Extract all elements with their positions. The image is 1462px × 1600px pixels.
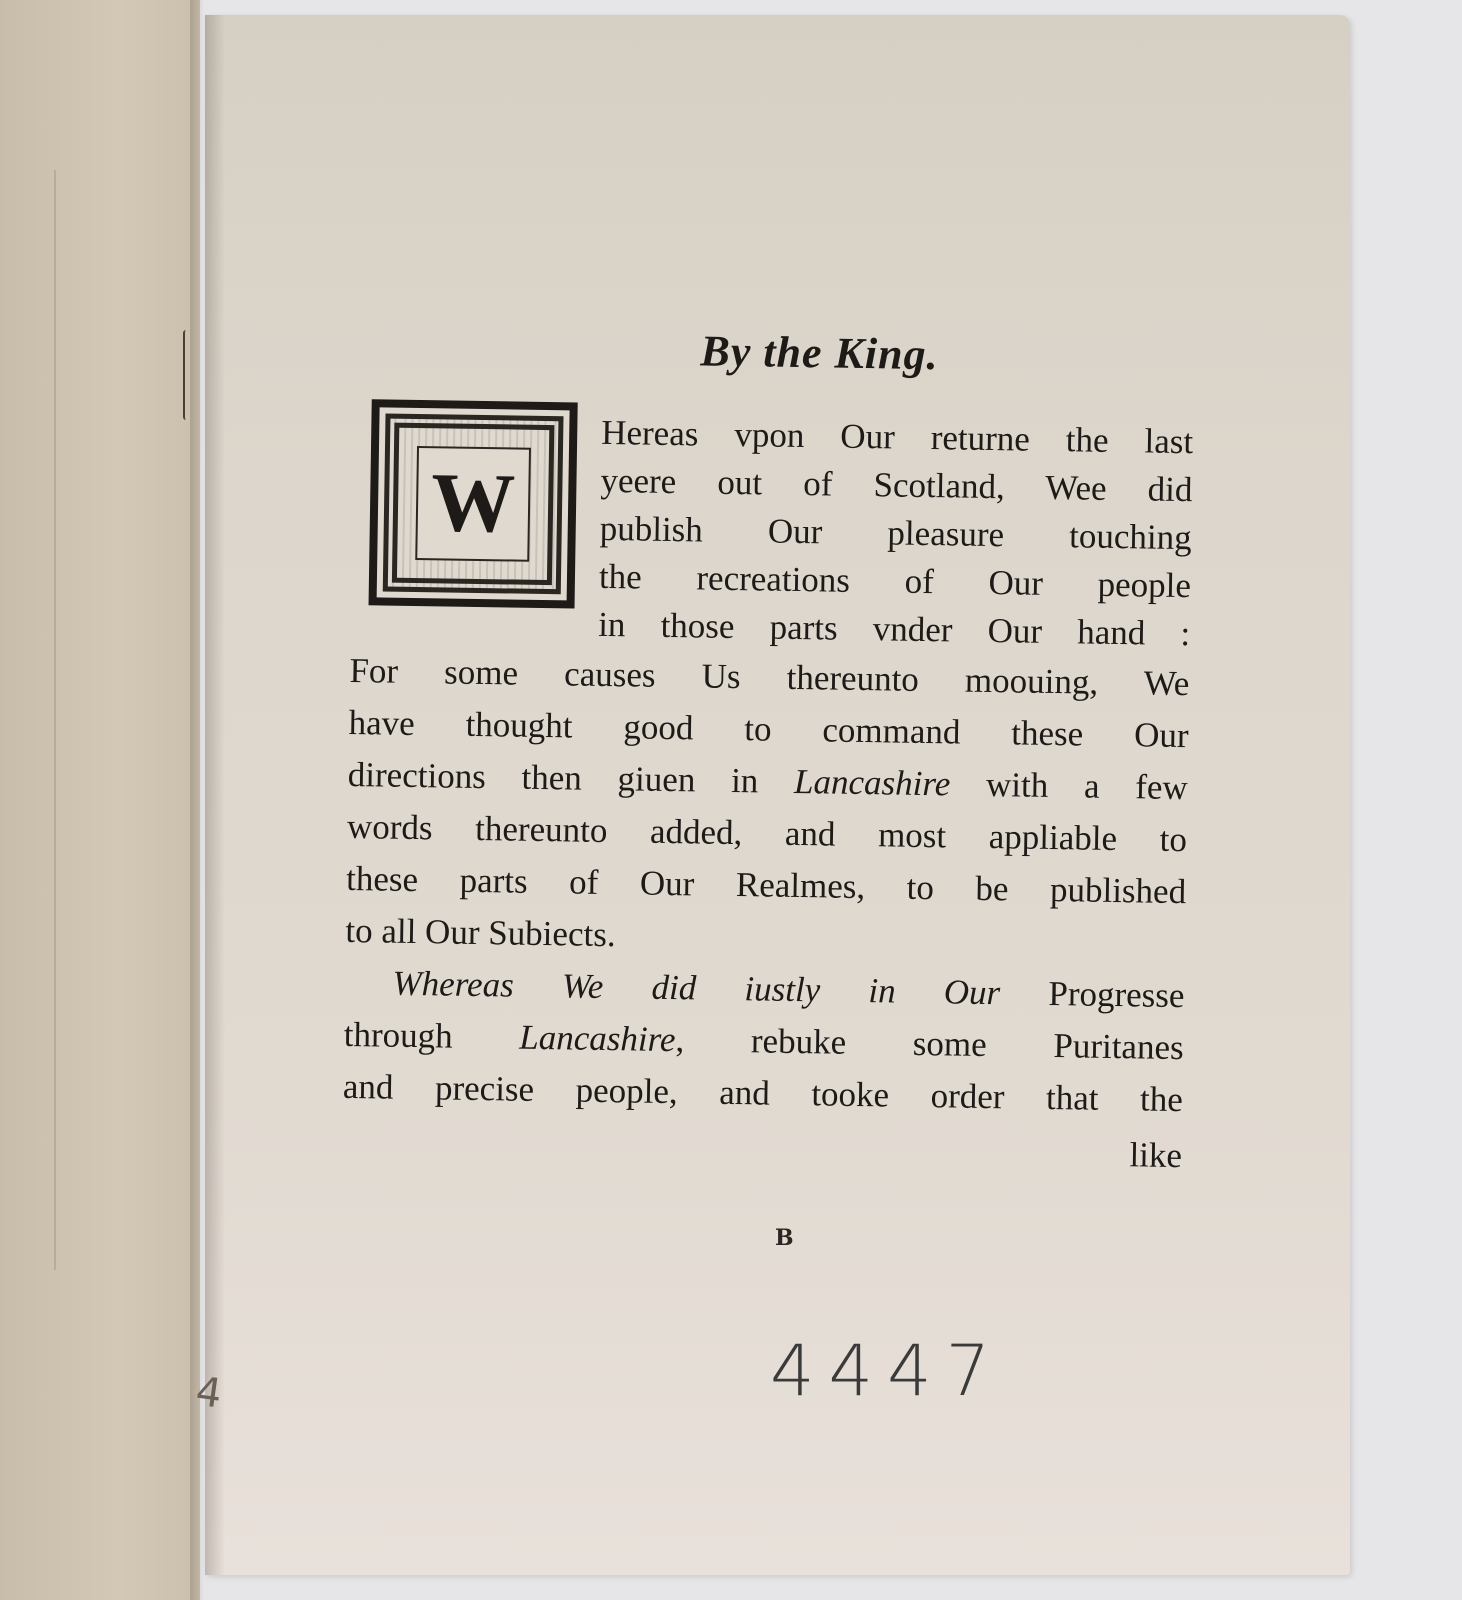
signature-mark: B bbox=[775, 1225, 794, 1251]
drop-cap-letter: W bbox=[415, 446, 531, 562]
proclamation-text: By the King. W Hereas vpon Our returne t… bbox=[342, 320, 1195, 1176]
binding-thread bbox=[183, 330, 189, 420]
fold-line bbox=[54, 170, 56, 1270]
opening-paragraph: W Hereas vpon Our returne the last yeere… bbox=[350, 399, 1194, 658]
place-name: Lancashire bbox=[519, 1018, 676, 1059]
decorated-initial: W bbox=[369, 399, 578, 608]
body-text: For some causes Us thereunto moouing, We… bbox=[343, 645, 1190, 1126]
left-page-leaf bbox=[0, 0, 200, 1600]
ornamental-border-icon: W bbox=[383, 413, 564, 594]
intro-lines: Hereas vpon Our returne the last yeere o… bbox=[598, 403, 1194, 658]
handwritten-number: 4447 bbox=[770, 1330, 1004, 1412]
place-name: Lancashire bbox=[794, 762, 951, 803]
